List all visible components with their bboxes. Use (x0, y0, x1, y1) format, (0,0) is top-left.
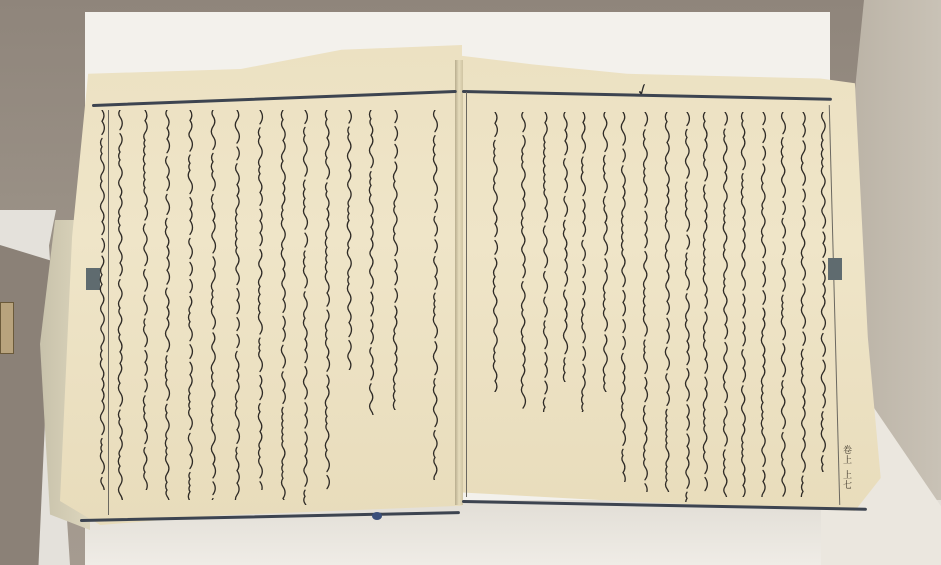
script-column (818, 112, 828, 472)
script-column (140, 110, 150, 490)
margin-chinese-text-1: 卷上 (840, 445, 853, 465)
script-column (700, 112, 710, 492)
script-column (232, 110, 242, 500)
margin-chinese-text-2: 上七 (840, 470, 853, 490)
left-page-margin-rule (108, 110, 109, 515)
ink-stain (372, 512, 382, 520)
side-object (0, 302, 14, 354)
right-margin-tab-icon (828, 258, 842, 280)
script-column (778, 112, 788, 497)
script-column (208, 110, 218, 500)
script-column (640, 112, 650, 492)
script-column (578, 112, 588, 412)
script-column (162, 110, 172, 500)
script-column (97, 110, 107, 490)
script-column (278, 110, 288, 500)
script-column (115, 110, 125, 500)
script-column (720, 112, 730, 497)
script-column (798, 112, 808, 497)
script-column (185, 110, 195, 500)
script-column (662, 112, 672, 492)
script-column (518, 112, 528, 412)
script-column (300, 110, 310, 505)
book-gutter (455, 60, 463, 505)
script-column (540, 112, 550, 412)
script-column (344, 110, 354, 370)
script-column (322, 110, 332, 490)
script-column (560, 112, 570, 382)
script-column (738, 112, 748, 497)
script-column (255, 110, 265, 490)
right-page-inner-rule (466, 92, 467, 497)
script-column (390, 110, 400, 410)
script-column (366, 110, 376, 415)
script-column (758, 112, 768, 497)
script-column (618, 112, 628, 482)
script-column (682, 112, 692, 502)
script-column (490, 112, 500, 392)
script-column (430, 110, 440, 480)
photo-scene: ✓ 卷上 上七 (0, 0, 941, 565)
script-column (600, 112, 610, 392)
